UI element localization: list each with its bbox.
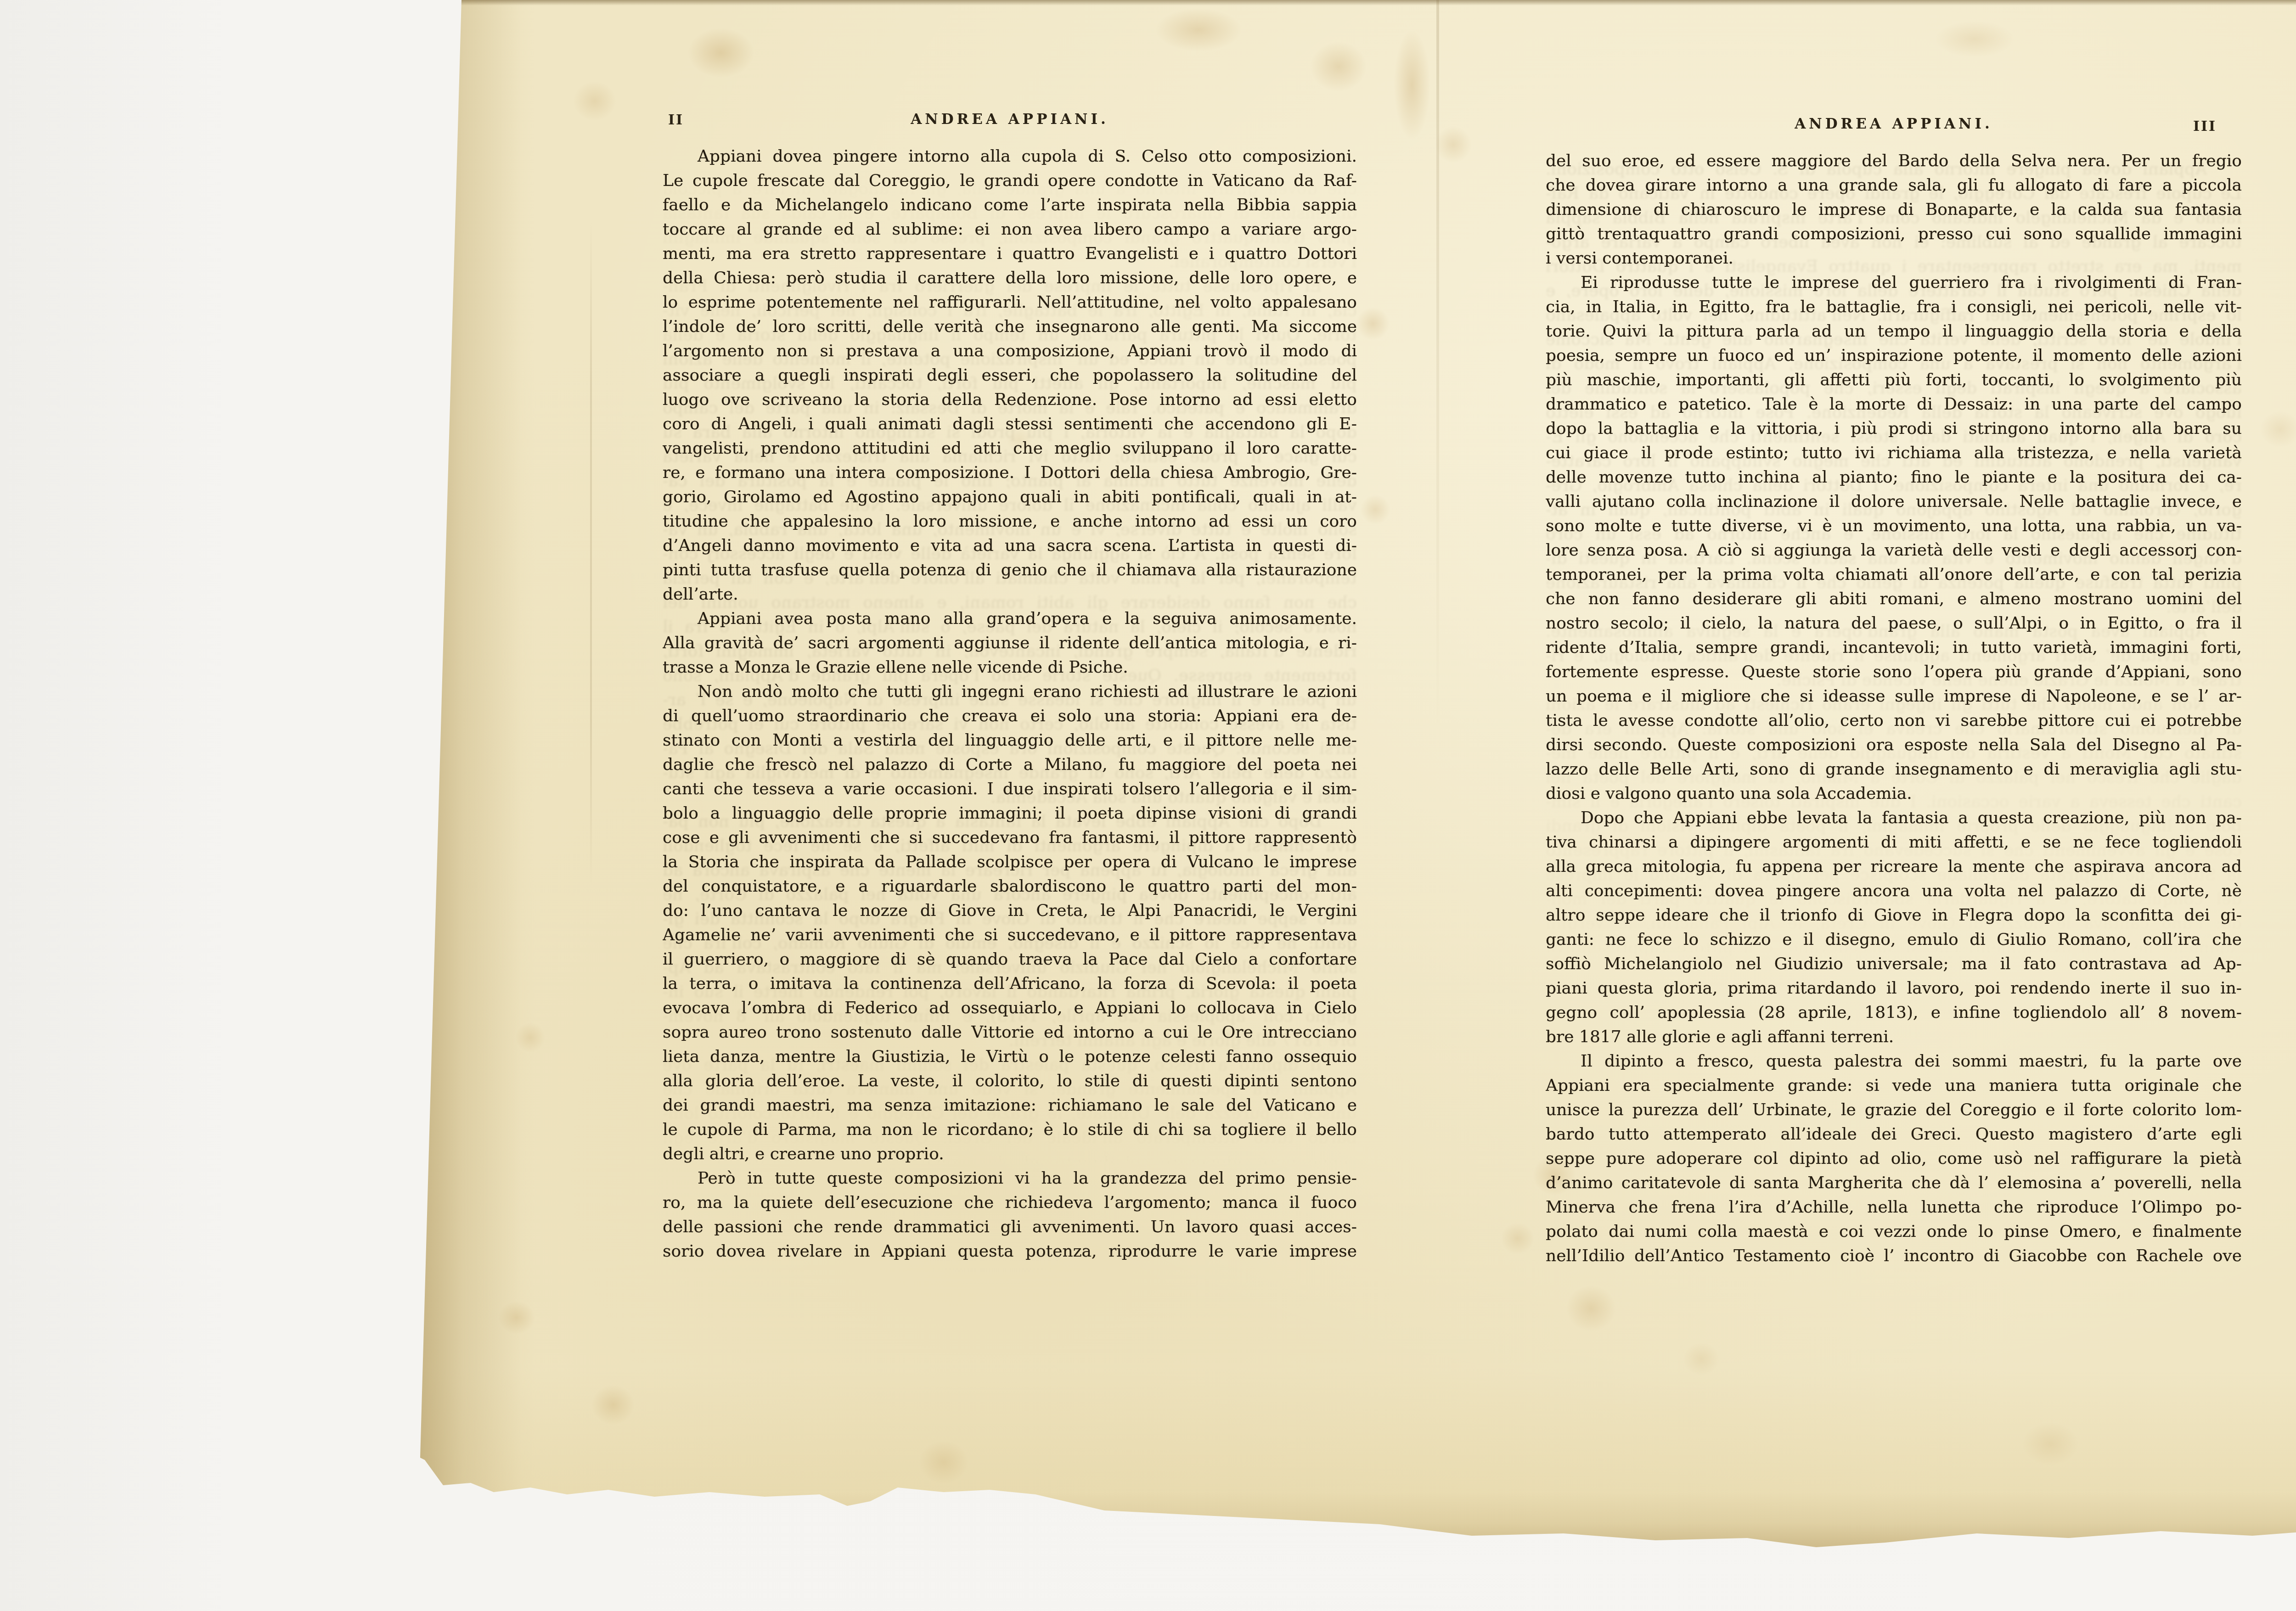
text-line: gegno coll’ apoplessia (28 aprile, 1813)… (1546, 1000, 2242, 1025)
text-line: del suo eroe, ed essere maggiore del Bar… (1546, 149, 2242, 173)
text-line: sono molte e tutte diverse, vi è un movi… (1546, 514, 2242, 538)
left-page: II ANDREA APPIANI. Appiani dovea pingere… (663, 111, 1357, 1314)
paragraph: Il dipinto a fresco, questa palestra dei… (1546, 1049, 2242, 1268)
text-line: nell’Idilio dell’Antico Testamento cioè … (1546, 1244, 2242, 1268)
text-line: bolo a linguaggio delle proprie immagini… (663, 801, 1357, 825)
text-line: seppe pure adoperare col dipinto ad olio… (1546, 1146, 2242, 1171)
text-line: gittò trentaquattro grandi composizioni,… (1546, 222, 2242, 246)
text-line: d’Angeli danno movimento e vita ad una s… (663, 533, 1357, 558)
text-line: Dopo che Appiani ebbe levata la fantasia… (1546, 806, 2242, 830)
text-line: vangelisti, prendono attitudini ed atti … (663, 436, 1357, 460)
right-running-title: ANDREA APPIANI. (1546, 116, 2242, 132)
text-line: cui giace il prode estinto; tutto ivi ri… (1546, 441, 2242, 465)
text-line: ganti: ne fece lo schizzo e il disegno, … (1546, 927, 2242, 952)
text-line: di quell’uomo straordinario che creava e… (663, 704, 1357, 728)
text-line: un poema e il migliore che si ideasse su… (1546, 684, 2242, 708)
text-line: poesia, sempre un fuoco ed un’ inspirazi… (1546, 343, 2242, 368)
paragraph: Non andò molto che tutti gli ingegni era… (663, 679, 1357, 1166)
text-line: valli ajutano colla inclinazione il dolo… (1546, 489, 2242, 514)
text-line: soffiò Michelangiolo nel Giudizio univer… (1546, 952, 2242, 976)
right-page-number: III (2193, 118, 2217, 135)
text-line: daglie che frescò nel palazzo di Corte a… (663, 752, 1357, 777)
text-line: che non fanno desiderare gli abiti roman… (1546, 587, 2242, 611)
paragraph: Ei riprodusse tutte le imprese del guerr… (1546, 270, 2242, 806)
text-line: Appiani avea posta mano alla grand’opera… (663, 606, 1357, 631)
text-line: cose e gli avvenimenti che si succedevan… (663, 825, 1357, 850)
text-line: fortemente espresse. Queste storie sono … (1546, 660, 2242, 684)
text-line: Minerva che frena l’ira d’Achille, nella… (1546, 1195, 2242, 1219)
text-line: dirsi secondo. Queste composizioni ora e… (1546, 733, 2242, 757)
text-line: toccare al grande ed al sublime: ei non … (663, 217, 1357, 241)
paragraph: del suo eroe, ed essere maggiore del Bar… (1546, 149, 2242, 270)
text-line: ro, ma la quiete dell’esecuzione che ric… (663, 1190, 1357, 1215)
left-page-body: Appiani dovea pingere intorno alla cupol… (663, 144, 1357, 1263)
text-line: stinato con Monti a vestirla del linguag… (663, 728, 1357, 752)
text-line: piani questa gloria, prima ritardando il… (1546, 976, 2242, 1000)
text-line: Non andò molto che tutti gli ingegni era… (663, 679, 1357, 704)
text-line: dei grandi maestri, ma senza imitazione:… (663, 1093, 1357, 1117)
right-page-header: ANDREA APPIANI. III (1546, 116, 2242, 149)
text-line: torie. Quivi la pittura parla ad un temp… (1546, 319, 2242, 343)
text-line: lore senza posa. A ciò si aggiunga la va… (1546, 538, 2242, 562)
paragraph: Dopo che Appiani ebbe levata la fantasia… (1546, 806, 2242, 1049)
text-line: altro seppe ideare che il trionfo di Gio… (1546, 903, 2242, 927)
text-line: pinti tutta trasfuse quella potenza di g… (663, 558, 1357, 582)
right-page: ANDREA APPIANI. III del suo eroe, ed ess… (1546, 116, 2242, 1319)
text-line: dopo la battaglia e la vittoria, i più p… (1546, 416, 2242, 441)
text-line: che dovea girare intorno a una grande sa… (1546, 173, 2242, 197)
text-line: faello e da Michelangelo indicano come l… (663, 193, 1357, 217)
text-line: Appiani era specialmente grande: si vede… (1546, 1073, 2242, 1098)
text-line: alla greca mitologia, fu appena per ricr… (1546, 854, 2242, 879)
text-line: diosi e valgono quanto una sola Accademi… (1546, 781, 2242, 806)
text-line: l’indole de’ loro scritti, delle verità … (663, 314, 1357, 339)
text-line: delle movenze tutto inchina al pianto; f… (1546, 465, 2242, 489)
text-line: menti, ma era stretto rappresentare i qu… (663, 241, 1357, 266)
text-line: temporanei, per la prima volta chiamati … (1546, 562, 2242, 587)
text-line: lieta danza, mentre la Giustizia, le Vir… (663, 1044, 1357, 1069)
text-line: Agamelie ne’ varii avvenimenti che si su… (663, 923, 1357, 947)
text-line: Il dipinto a fresco, questa palestra dei… (1546, 1049, 2242, 1073)
text-line: bre 1817 alle glorie e agli affanni terr… (1546, 1025, 2242, 1049)
text-line: l’argomento non si prestava a una compos… (663, 339, 1357, 363)
paper-top-edge (416, 0, 2296, 6)
left-page-header: II ANDREA APPIANI. (663, 111, 1357, 144)
text-line: del conquistatore, e a riguardarle sbalo… (663, 874, 1357, 898)
text-line: Però in tutte queste composizioni vi ha … (663, 1166, 1357, 1190)
text-line: titudine che appalesino la loro missione… (663, 509, 1357, 533)
paragraph: Però in tutte queste composizioni vi ha … (663, 1166, 1357, 1263)
text-line: unisce la purezza dell’ Urbinate, le gra… (1546, 1098, 2242, 1122)
scanned-book-spread: II ANDREA APPIANI. Appiani dovea pingere… (0, 0, 2296, 1611)
text-line: evocava l’ombra di Federico ad ossequiar… (663, 996, 1357, 1020)
text-line: degli altri, e crearne uno proprio. (663, 1142, 1357, 1166)
text-line: Alla gravità de’ sacri argomenti aggiuns… (663, 631, 1357, 655)
text-line: sopra aureo trono sostenuto dalle Vittor… (663, 1020, 1357, 1044)
text-line: lo esprime potentemente nel raffigurarli… (663, 290, 1357, 314)
paragraph: Appiani dovea pingere intorno alla cupol… (663, 144, 1357, 606)
text-line: i versi contemporanei. (1546, 246, 2242, 270)
text-line: delle passioni che rende drammatici gli … (663, 1215, 1357, 1239)
text-line: Appiani dovea pingere intorno alla cupol… (663, 144, 1357, 168)
text-line: luogo ove scriveano la storia della Rede… (663, 387, 1357, 412)
paper-left-edge (416, 0, 521, 1561)
text-line: la Storia che inspirata da Pallade scolp… (663, 850, 1357, 874)
text-line: le cupole di Parma, ma non le ricordano;… (663, 1117, 1357, 1142)
text-line: ridente d’Italia, sempre grandi, incante… (1546, 635, 2242, 660)
text-line: il guerriero, o maggiore di sè quando tr… (663, 947, 1357, 971)
text-line: trasse a Monza le Grazie ellene nelle vi… (663, 655, 1357, 679)
text-line: re, e formano una intera composizione. I… (663, 460, 1357, 485)
text-line: drammatico e patetico. Tale è la morte d… (1546, 392, 2242, 416)
text-line: coro di Angeli, i quali animati dagli st… (663, 412, 1357, 436)
text-line: cia, in Italia, in Egitto, fra le battag… (1546, 295, 2242, 319)
text-line: la terra, o imitava la continenza dell’A… (663, 971, 1357, 996)
left-running-title: ANDREA APPIANI. (663, 111, 1357, 128)
paragraph: Appiani avea posta mano alla grand’opera… (663, 606, 1357, 679)
text-line: della Chiesa: però studia il carattere d… (663, 266, 1357, 290)
text-line: lazzo delle Belle Arti, sono di grande i… (1546, 757, 2242, 781)
text-line: Le cupole frescate dal Coreggio, le gran… (663, 168, 1357, 193)
text-line: dell’arte. (663, 582, 1357, 606)
text-line: gorio, Girolamo ed Agostino appajono qua… (663, 485, 1357, 509)
right-page-body: del suo eroe, ed essere maggiore del Bar… (1546, 149, 2242, 1268)
paper-torn-bottom-edge (416, 1492, 2296, 1561)
text-line: d’animo caritatevole di santa Margherita… (1546, 1171, 2242, 1195)
text-line: tista le avesse condotte all’olio, certo… (1546, 708, 2242, 733)
text-line: canti che tesseva a varie occasioni. I d… (663, 777, 1357, 801)
text-line: bardo tutto attemperato all’ideale dei G… (1546, 1122, 2242, 1146)
text-line: tiva chinarsi a dipingere argomenti di m… (1546, 830, 2242, 854)
text-line: alti concepimenti: dovea pingere ancora … (1546, 879, 2242, 903)
text-line: do: l’uno cantava le nozze di Giove in C… (663, 898, 1357, 923)
text-line: polato dai numi colla maestà e coi vezzi… (1546, 1219, 2242, 1244)
text-line: più maschie, importanti, gli affetti più… (1546, 368, 2242, 392)
text-line: alla gloria dell’eroe. La veste, il colo… (663, 1069, 1357, 1093)
text-line: dimensione di chiaroscuro le imprese di … (1546, 197, 2242, 222)
text-line: nostro secolo; il cielo, la natura del p… (1546, 611, 2242, 635)
text-line: associare a quegli inspirati degli esser… (663, 363, 1357, 387)
text-line: Ei riprodusse tutte le imprese del guerr… (1546, 270, 2242, 295)
text-line: sorio dovea rivelare in Appiani questa p… (663, 1239, 1357, 1263)
